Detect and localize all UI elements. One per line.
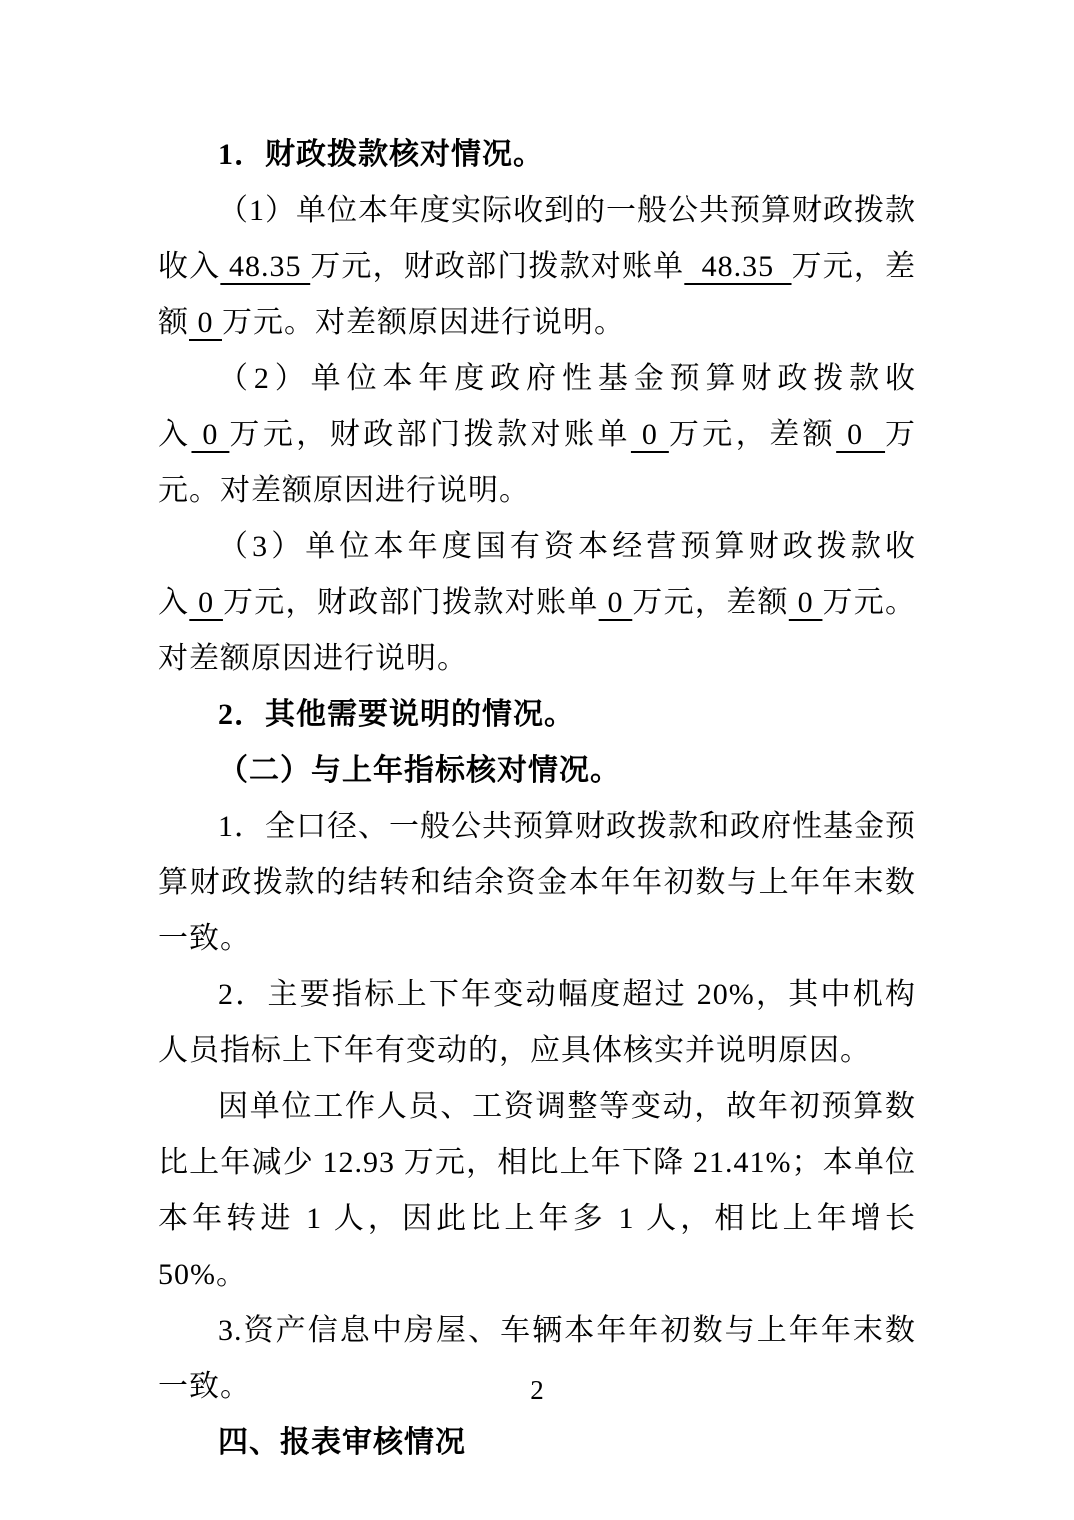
underlined-value: 0 xyxy=(189,306,222,339)
text-run: 2．其他需要说明的情况。 xyxy=(218,698,575,731)
underlined-value: 0 xyxy=(599,586,633,619)
text-run: 万元，差额 xyxy=(632,586,789,619)
heading-fiscal-appropriation-check: 1．财政拨款核对情况。 xyxy=(158,127,916,183)
para-state-capital-budget: （3）单位本年度国有资本经营预算财政拨款收入 0 万元，财政部门拨款对账单 0 … xyxy=(158,519,916,687)
underlined-value: 48.35 xyxy=(684,250,791,283)
underlined-value: 48.35 xyxy=(220,250,310,283)
text-run: 四、报表审核情况 xyxy=(218,1426,466,1459)
para-change-explanation: 因单位工作人员、工资调整等变动，故年初预算数比上年减少 12.93 万元，相比上… xyxy=(158,1079,916,1303)
para-general-public-budget: （1）单位本年度实际收到的一般公共预算财政拨款收入 48.35 万元，财政部门拨… xyxy=(158,183,916,351)
text-run: 1．财政拨款核对情况。 xyxy=(218,138,544,171)
document-page: 1．财政拨款核对情况。（1）单位本年度实际收到的一般公共预算财政拨款收入 48.… xyxy=(0,0,1074,1520)
page-number: 2 xyxy=(0,1375,1074,1405)
text-run: 万元，差额 xyxy=(669,418,836,451)
para-major-indicator-change: 2．主要指标上下年变动幅度超过 20%，其中机构人员指标上下年有变动的，应具体核… xyxy=(158,967,916,1079)
underlined-value: 0 xyxy=(191,418,229,451)
text-run: 1．全口径、一般公共预算财政拨款和政府性基金预算财政拨款的结转和结余资金本年年初… xyxy=(158,810,916,955)
underlined-value: 0 xyxy=(631,418,669,451)
text-run: 万元，财政部门拨款对账单 xyxy=(223,586,599,619)
page-number-value: 2 xyxy=(530,1375,544,1405)
text-run: （二）与上年指标核对情况。 xyxy=(218,754,621,787)
underlined-value: 0 xyxy=(189,586,223,619)
text-run: 2．主要指标上下年变动幅度超过 20%，其中机构人员指标上下年有变动的，应具体核… xyxy=(158,978,916,1067)
underlined-value: 0 xyxy=(836,418,885,451)
heading-other-notes: 2．其他需要说明的情况。 xyxy=(158,687,916,743)
text-run: 万元，财政部门拨款对账单 xyxy=(310,250,684,283)
document-body: 1．财政拨款核对情况。（1）单位本年度实际收到的一般公共预算财政拨款收入 48.… xyxy=(158,127,916,1471)
underlined-value: 0 xyxy=(789,586,823,619)
text-run: 因单位工作人员、工资调整等变动，故年初预算数比上年减少 12.93 万元，相比上… xyxy=(158,1090,916,1291)
text-run: 万元，财政部门拨款对账单 xyxy=(229,418,631,451)
heading-report-review: 四、报表审核情况 xyxy=(158,1415,916,1471)
para-government-fund-budget: （2）单位本年度政府性基金预算财政拨款收入 0 万元，财政部门拨款对账单 0 万… xyxy=(158,351,916,519)
text-run: 万元。对差额原因进行说明。 xyxy=(222,306,625,339)
heading-prior-year-indicator-check: （二）与上年指标核对情况。 xyxy=(158,743,916,799)
para-carryover-consistency: 1．全口径、一般公共预算财政拨款和政府性基金预算财政拨款的结转和结余资金本年年初… xyxy=(158,799,916,967)
